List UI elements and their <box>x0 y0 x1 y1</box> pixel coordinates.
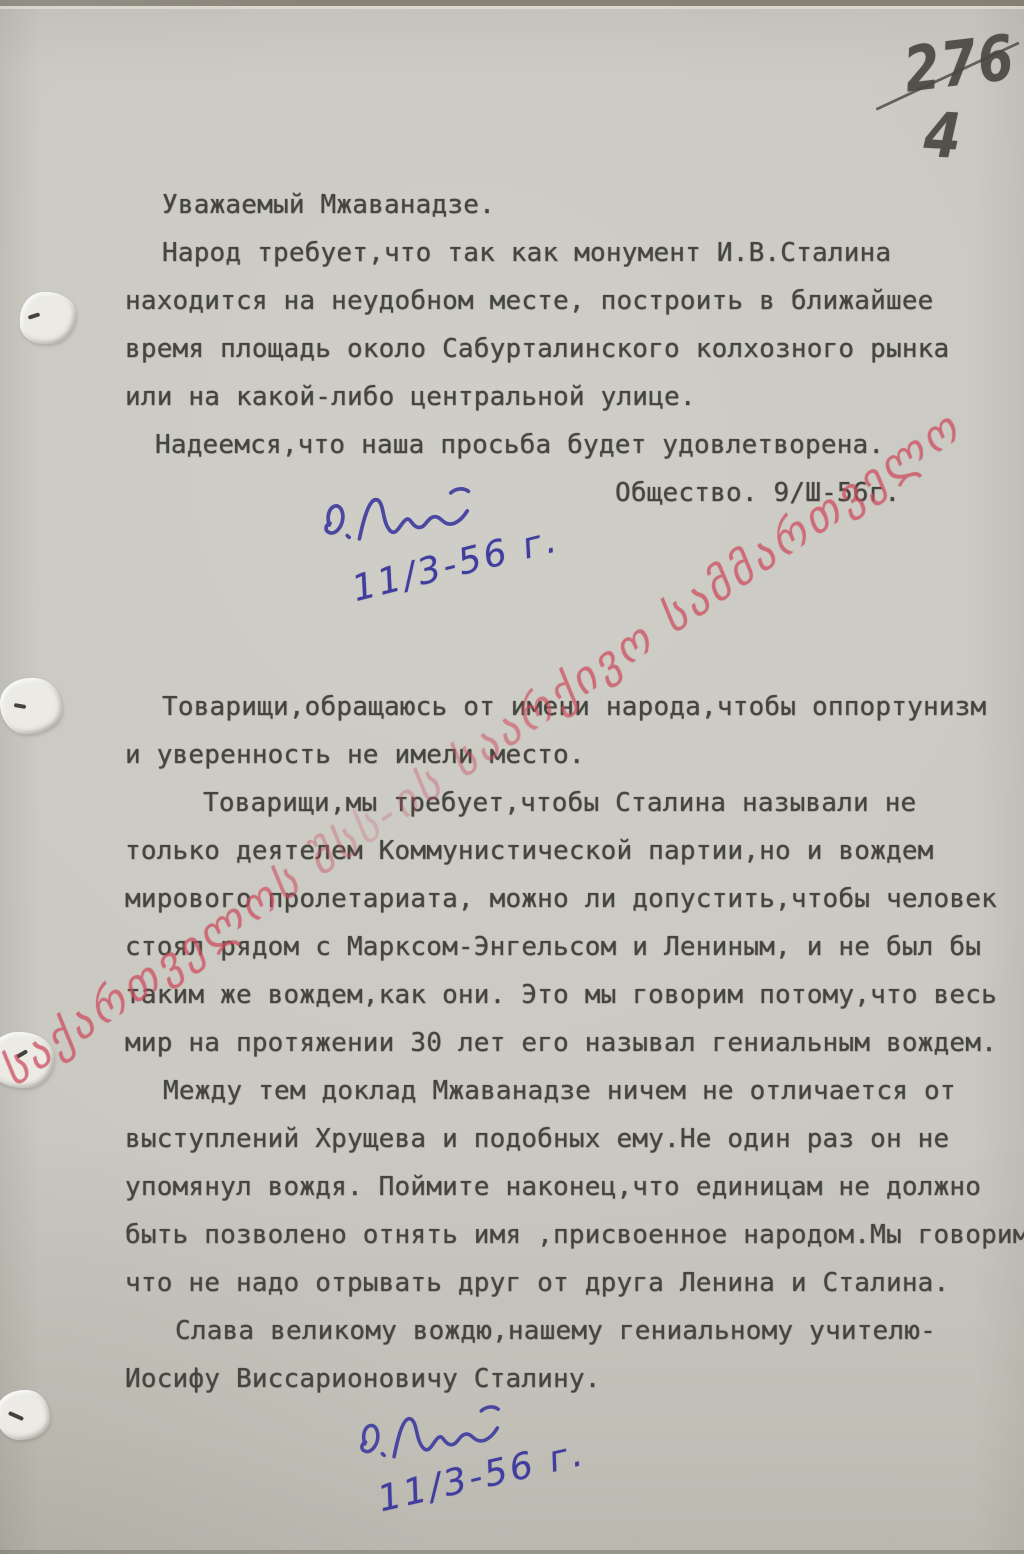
typed-letter-statement: Товарищи,обращаюсь от имени народа,чтобы… <box>125 683 1024 1403</box>
typed-line: Слава великому вождю,нашему гениальному … <box>125 1307 1024 1355</box>
page-top-edge-highlight <box>0 6 1024 9</box>
page-bottom-edge <box>0 1550 1024 1554</box>
typed-line: таким же вождем,как они. Это мы говорим … <box>125 971 1024 1019</box>
typed-line: Уважаемый Мжаванадзе. <box>125 181 949 229</box>
typed-letter-appeal: Уважаемый Мжаванадзе.Народ требует,что т… <box>125 181 949 517</box>
typed-line: что не надо отрывать друг от друга Ленин… <box>125 1259 1024 1307</box>
typed-line: Иосифу Виссарионовичу Сталину. <box>125 1355 1024 1403</box>
scanned-document-page: Уважаемый Мжаванадзе.Народ требует,что т… <box>0 0 1024 1554</box>
punch-hole <box>0 1390 50 1440</box>
typed-line: Народ требует,что так как монумент И.В.С… <box>125 229 949 277</box>
typed-line: находится на неудобном месте, построить … <box>125 277 949 325</box>
folio-number: 4 <box>922 98 962 173</box>
typed-line: и уверенность не имели место. <box>125 731 1024 779</box>
punch-hole <box>20 292 76 344</box>
typed-line: мир на протяжении 30 лет его называл ген… <box>125 1019 1024 1067</box>
punch-hole <box>0 678 62 734</box>
typed-line: быть позволено отнять имя ,присвоенное н… <box>125 1211 1024 1259</box>
typed-line: выступлений Хрущева и подобных ему.Не од… <box>125 1115 1024 1163</box>
typed-line: или на какой-либо центральной улице. <box>125 373 949 421</box>
typed-line: упомянул вождя. Поймите наконец,что един… <box>125 1163 1024 1211</box>
crossed-out-folio-number: 276 <box>900 20 1019 106</box>
typed-line: Товарищи,мы требует,чтобы Сталина называ… <box>125 779 1024 827</box>
typed-line: Надеемся,что наша просьба будет удовлетв… <box>125 421 949 469</box>
typed-line: время площадь около Сабурталинского колх… <box>125 325 949 373</box>
typed-line: только деятелем Коммунистической партии,… <box>125 827 1024 875</box>
typed-line: Между тем доклад Мжаванадзе ничем не отл… <box>125 1067 1024 1115</box>
